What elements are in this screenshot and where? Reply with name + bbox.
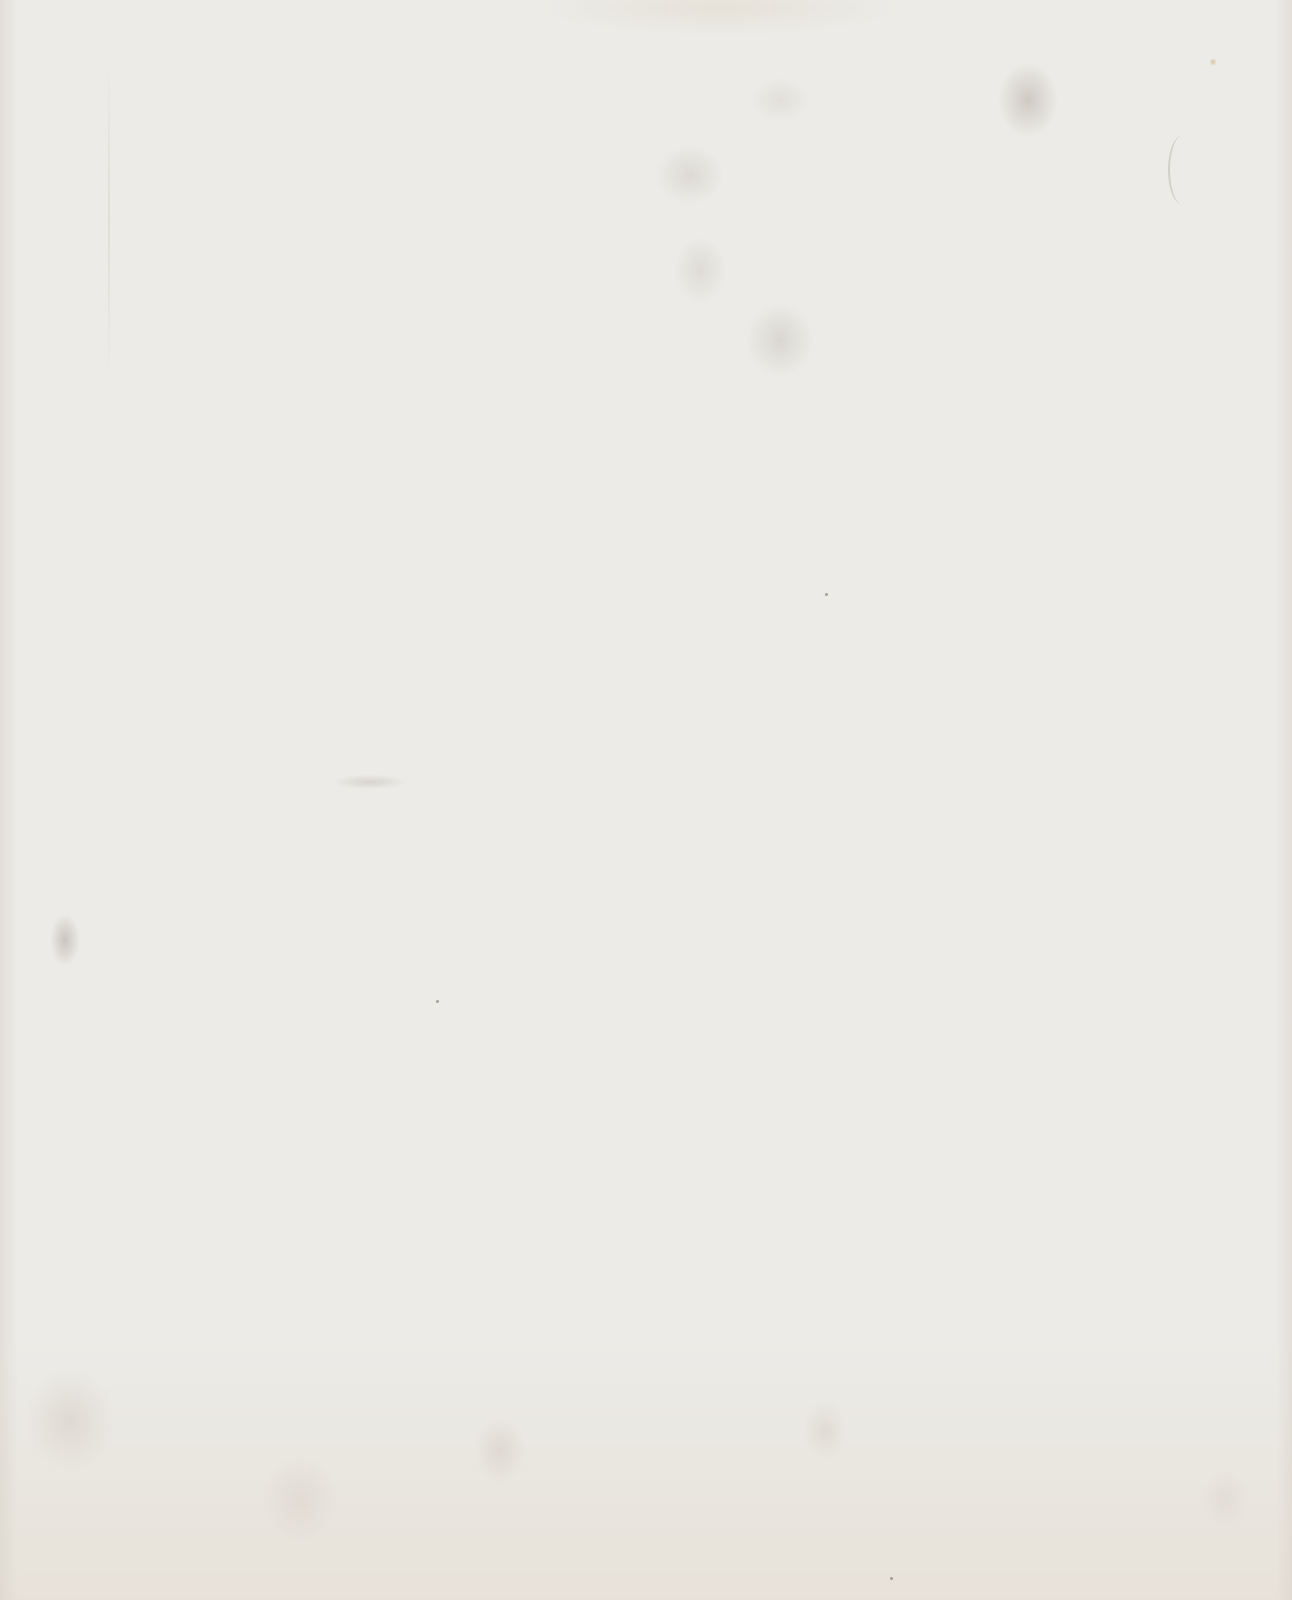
paper-edge-curl-mark [1168,135,1198,205]
paper-speck [890,1577,893,1580]
paper-speck [825,593,828,596]
blank-paper-sheet [0,0,1292,1600]
paper-fold-line [108,60,110,380]
paper-speck [436,1000,439,1003]
